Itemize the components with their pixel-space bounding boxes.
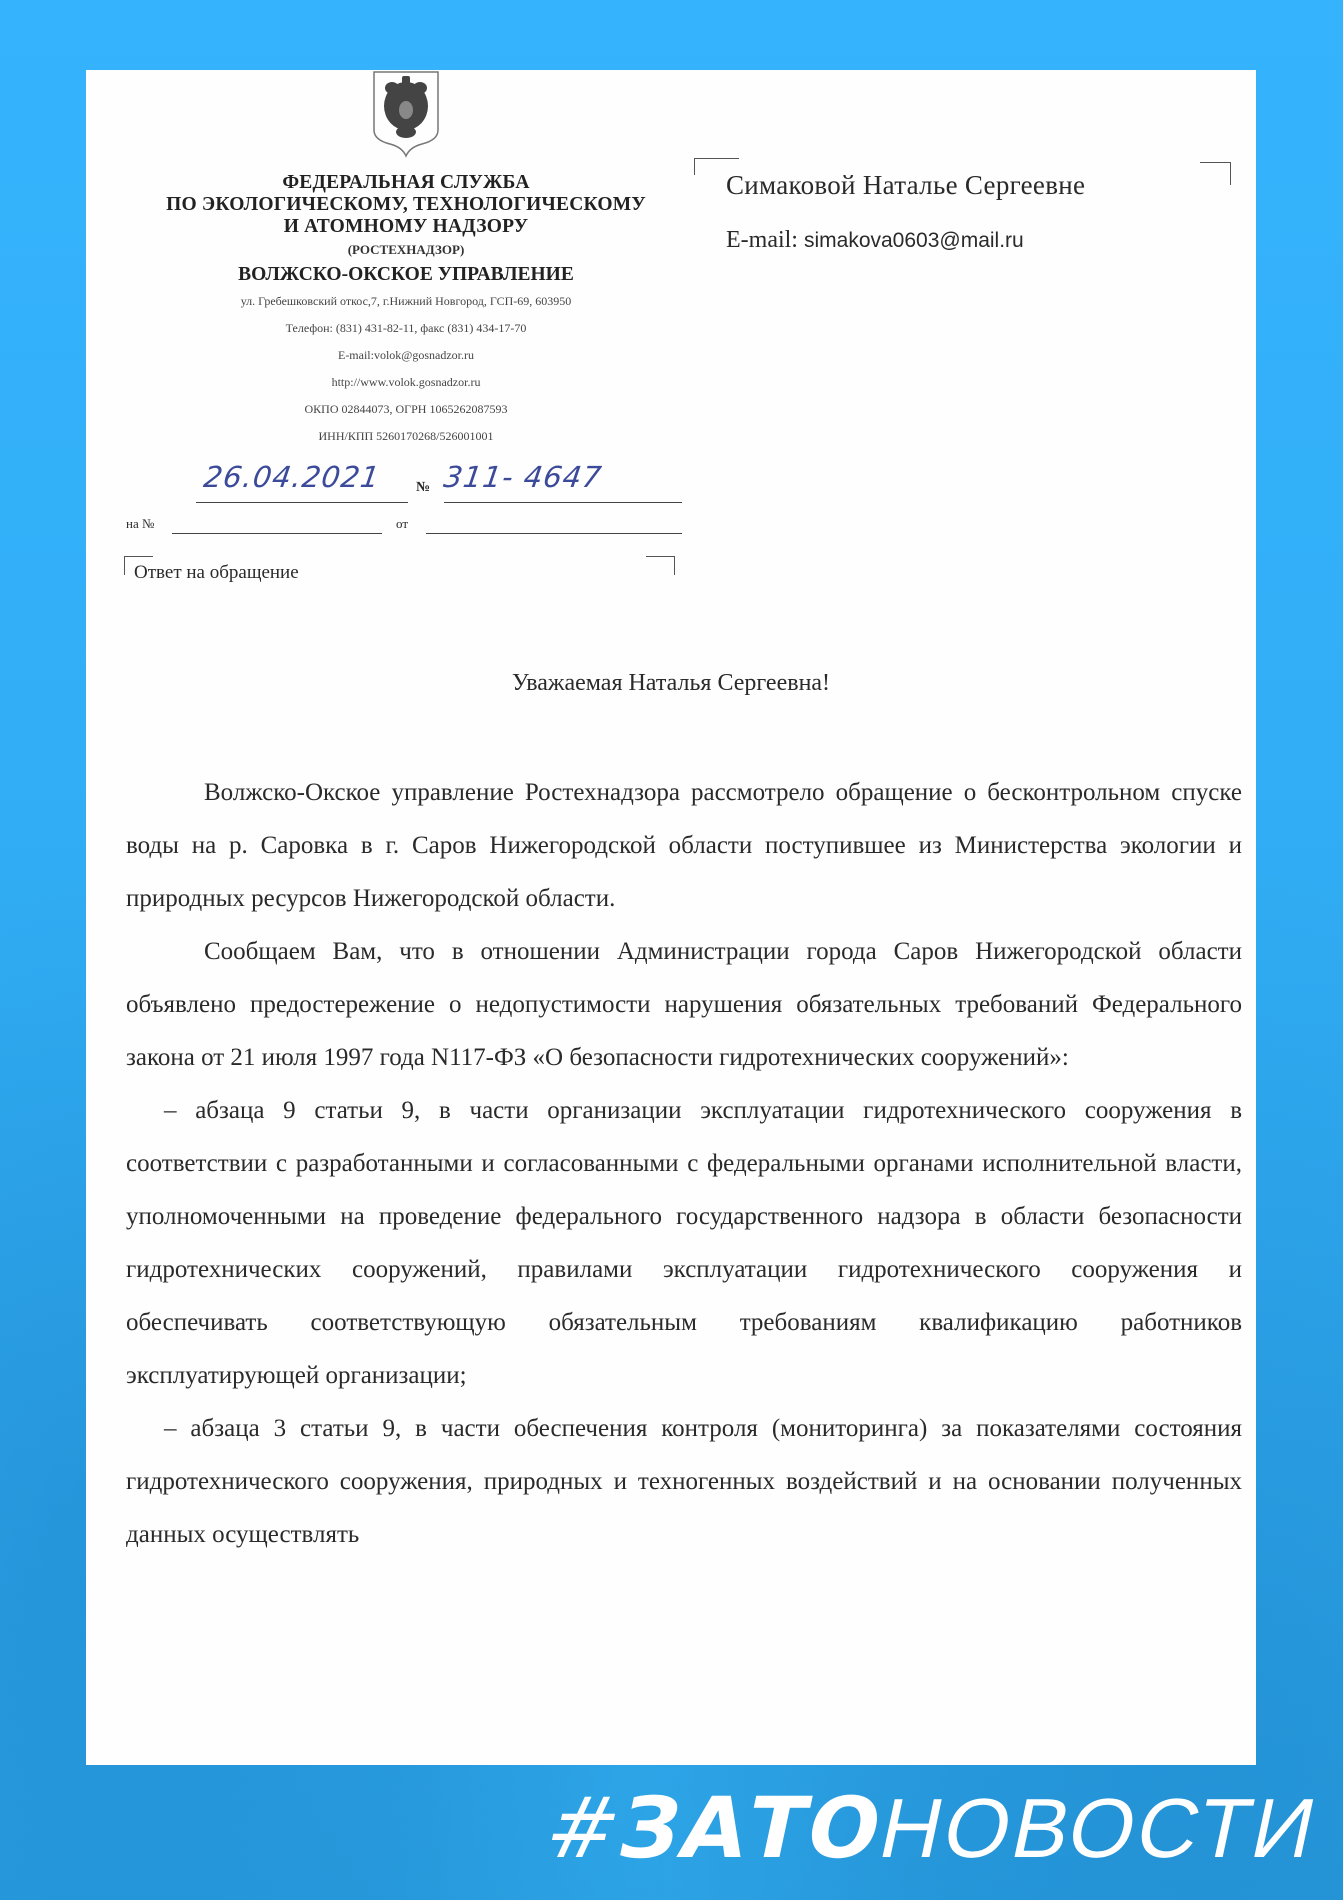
brand-hashtag: #ЗАТОНОВОСТИ [537, 1778, 1327, 1878]
hashtag-light: НОВОСТИ [872, 1781, 1327, 1875]
ref-no-label: на № [126, 516, 154, 532]
addressee-email: simakova0603@mail.ru [804, 229, 1024, 252]
date-underline [196, 502, 408, 503]
number-underline [444, 502, 682, 503]
letter-subject: Ответ на обращение [134, 562, 299, 584]
org-department: ВОЛЖСКО-ОКСКОЕ УПРАВЛЕНИЕ [126, 264, 686, 286]
ref-from-label: от [396, 516, 408, 532]
letter-body: Волжско-Окское управление Ростехнадзора … [126, 766, 1242, 1561]
addressee-email-label: E-mail: [726, 227, 798, 253]
handwritten-date: 26.04.2021 [202, 460, 383, 494]
org-inn-kpp: ИНН/КПП 5260170268/526001001 [126, 423, 686, 450]
greeting: Уважаемая Наталья Сергеевна! [86, 670, 1256, 697]
org-email: E-mail:volok@gosnadzor.ru [126, 342, 686, 369]
addressee-name: Симаковой Наталье Сергеевне [726, 170, 1085, 201]
org-name-line-1: ФЕДЕРАЛЬНАЯ СЛУЖБА [126, 172, 686, 194]
hashtag-bold: ЗАТО [610, 1779, 892, 1877]
number-label: № [416, 480, 430, 496]
org-name-line-3: И АТОМНОМУ НАДЗОРУ [126, 216, 686, 238]
handwritten-number: 311- 4647 [442, 460, 605, 494]
ref-no-underline [172, 533, 382, 534]
org-phone: Телефон: (831) 431-82-11, факс (831) 434… [126, 315, 686, 342]
registration-line: 26.04.2021 № 311- 4647 [126, 468, 686, 508]
org-okpo-ogrn: ОКПО 02844073, ОГРН 1065262087593 [126, 396, 686, 423]
addressee-email-row: E-mail: simakova0603@mail.ru [726, 227, 1085, 254]
addressee-bracket-right [1200, 162, 1231, 185]
org-name-line-2: ПО ЭКОЛОГИЧЕСКОМУ, ТЕХНОЛОГИЧЕСКОМУ [126, 194, 686, 216]
paragraph-3: – абзаца 9 статьи 9, в части организации… [126, 1084, 1242, 1402]
org-website: http://www.volok.gosnadzor.ru [126, 369, 686, 396]
paragraph-2: Сообщаем Вам, что в отношении Администра… [126, 925, 1242, 1084]
scanned-letter: ФЕДЕРАЛЬНАЯ СЛУЖБА ПО ЭКОЛОГИЧЕСКОМУ, ТЕ… [86, 70, 1256, 1765]
org-address: ул. Гребешковский откос,7, г.Нижний Новг… [126, 288, 686, 315]
paragraph-1: Волжско-Окское управление Ростехнадзора … [126, 766, 1242, 925]
letterhead: ФЕДЕРАЛЬНАЯ СЛУЖБА ПО ЭКОЛОГИЧЕСКОМУ, ТЕ… [126, 70, 686, 450]
paragraph-4: – абзаца 3 статьи 9, в части обеспечения… [126, 1402, 1242, 1561]
ref-from-underline [426, 533, 682, 534]
org-abbreviation: (РОСТЕХНАДЗОР) [126, 242, 686, 258]
subject-bracket-right [646, 556, 675, 575]
addressee-block: Симаковой Наталье Сергеевне E-mail: sima… [726, 170, 1085, 254]
reference-line: на № от [126, 516, 686, 546]
russian-coat-of-arms-icon [366, 70, 446, 158]
